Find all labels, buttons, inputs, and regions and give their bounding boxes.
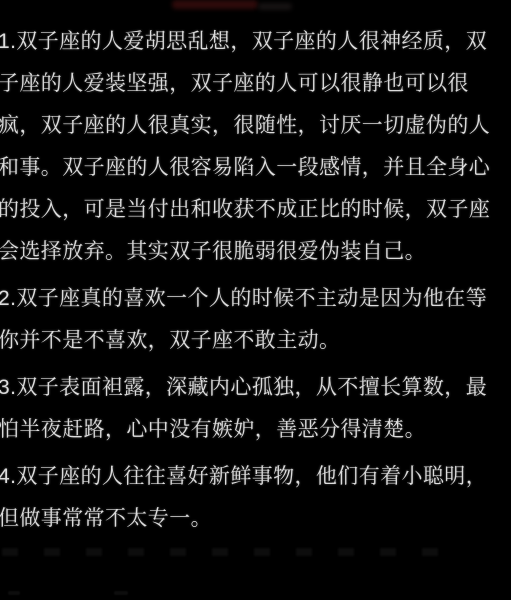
paragraph-2: 2.双子座真的喜欢一个人的时候不主动是因为他在等 你并不是不喜欢，双子座不敢主动… — [0, 278, 511, 362]
paragraph-3: 3.双子表面袒露，深藏内心孤独，从不擅长算数，最 怕半夜赶路，心中没有嫉妒，善恶… — [0, 367, 511, 451]
red-banner-artifact — [172, 0, 258, 9]
text-line: 的投入，可是当付出和收获不成正比的时候，双子座 — [0, 189, 511, 231]
text-line: 但做事常常不太专一。 — [0, 498, 511, 540]
text-content: 1.双子座的人爱胡思乱想，双子座的人很神经质，双 子座的人爱装坚强，双子座的人可… — [0, 21, 511, 545]
text-line: 和事。双子座的人很容易陷入一段感情，并且全身心 — [0, 147, 511, 189]
text-line: 怕半夜赶路，心中没有嫉妒，善恶分得清楚。 — [0, 409, 511, 451]
paragraph-1: 1.双子座的人爱胡思乱想，双子座的人很神经质，双 子座的人爱装坚强，双子座的人可… — [0, 21, 511, 273]
paragraph-4: 4.双子座的人往往喜好新鲜事物，他们有着小聪明， 但做事常常不太专一。 — [0, 456, 511, 540]
dimmed-dot-artifact — [8, 591, 20, 595]
text-line: 4.双子座的人往往喜好新鲜事物，他们有着小聪明， — [0, 456, 511, 498]
text-line: 会选择放弃。其实双子很脆弱很爱伪装自己。 — [0, 231, 511, 273]
text-line: 2.双子座真的喜欢一个人的时候不主动是因为他在等 — [0, 278, 511, 320]
dimmed-text-row-artifact — [2, 548, 447, 556]
gray-artifact — [258, 3, 292, 10]
zodiac-text-image: 1.双子座的人爱胡思乱想，双子座的人很神经质，双 子座的人爱装坚强，双子座的人可… — [0, 0, 511, 600]
text-line: 疯，双子座的人很真实，很随性，讨厌一切虚伪的人 — [0, 105, 511, 147]
text-line: 你并不是不喜欢，双子座不敢主动。 — [0, 320, 511, 362]
text-line: 子座的人爱装坚强，双子座的人可以很静也可以很 — [0, 63, 511, 105]
text-line: 1.双子座的人爱胡思乱想，双子座的人很神经质，双 — [0, 21, 511, 63]
dimmed-dot-artifact — [114, 591, 128, 595]
text-line: 3.双子表面袒露，深藏内心孤独，从不擅长算数，最 — [0, 367, 511, 409]
